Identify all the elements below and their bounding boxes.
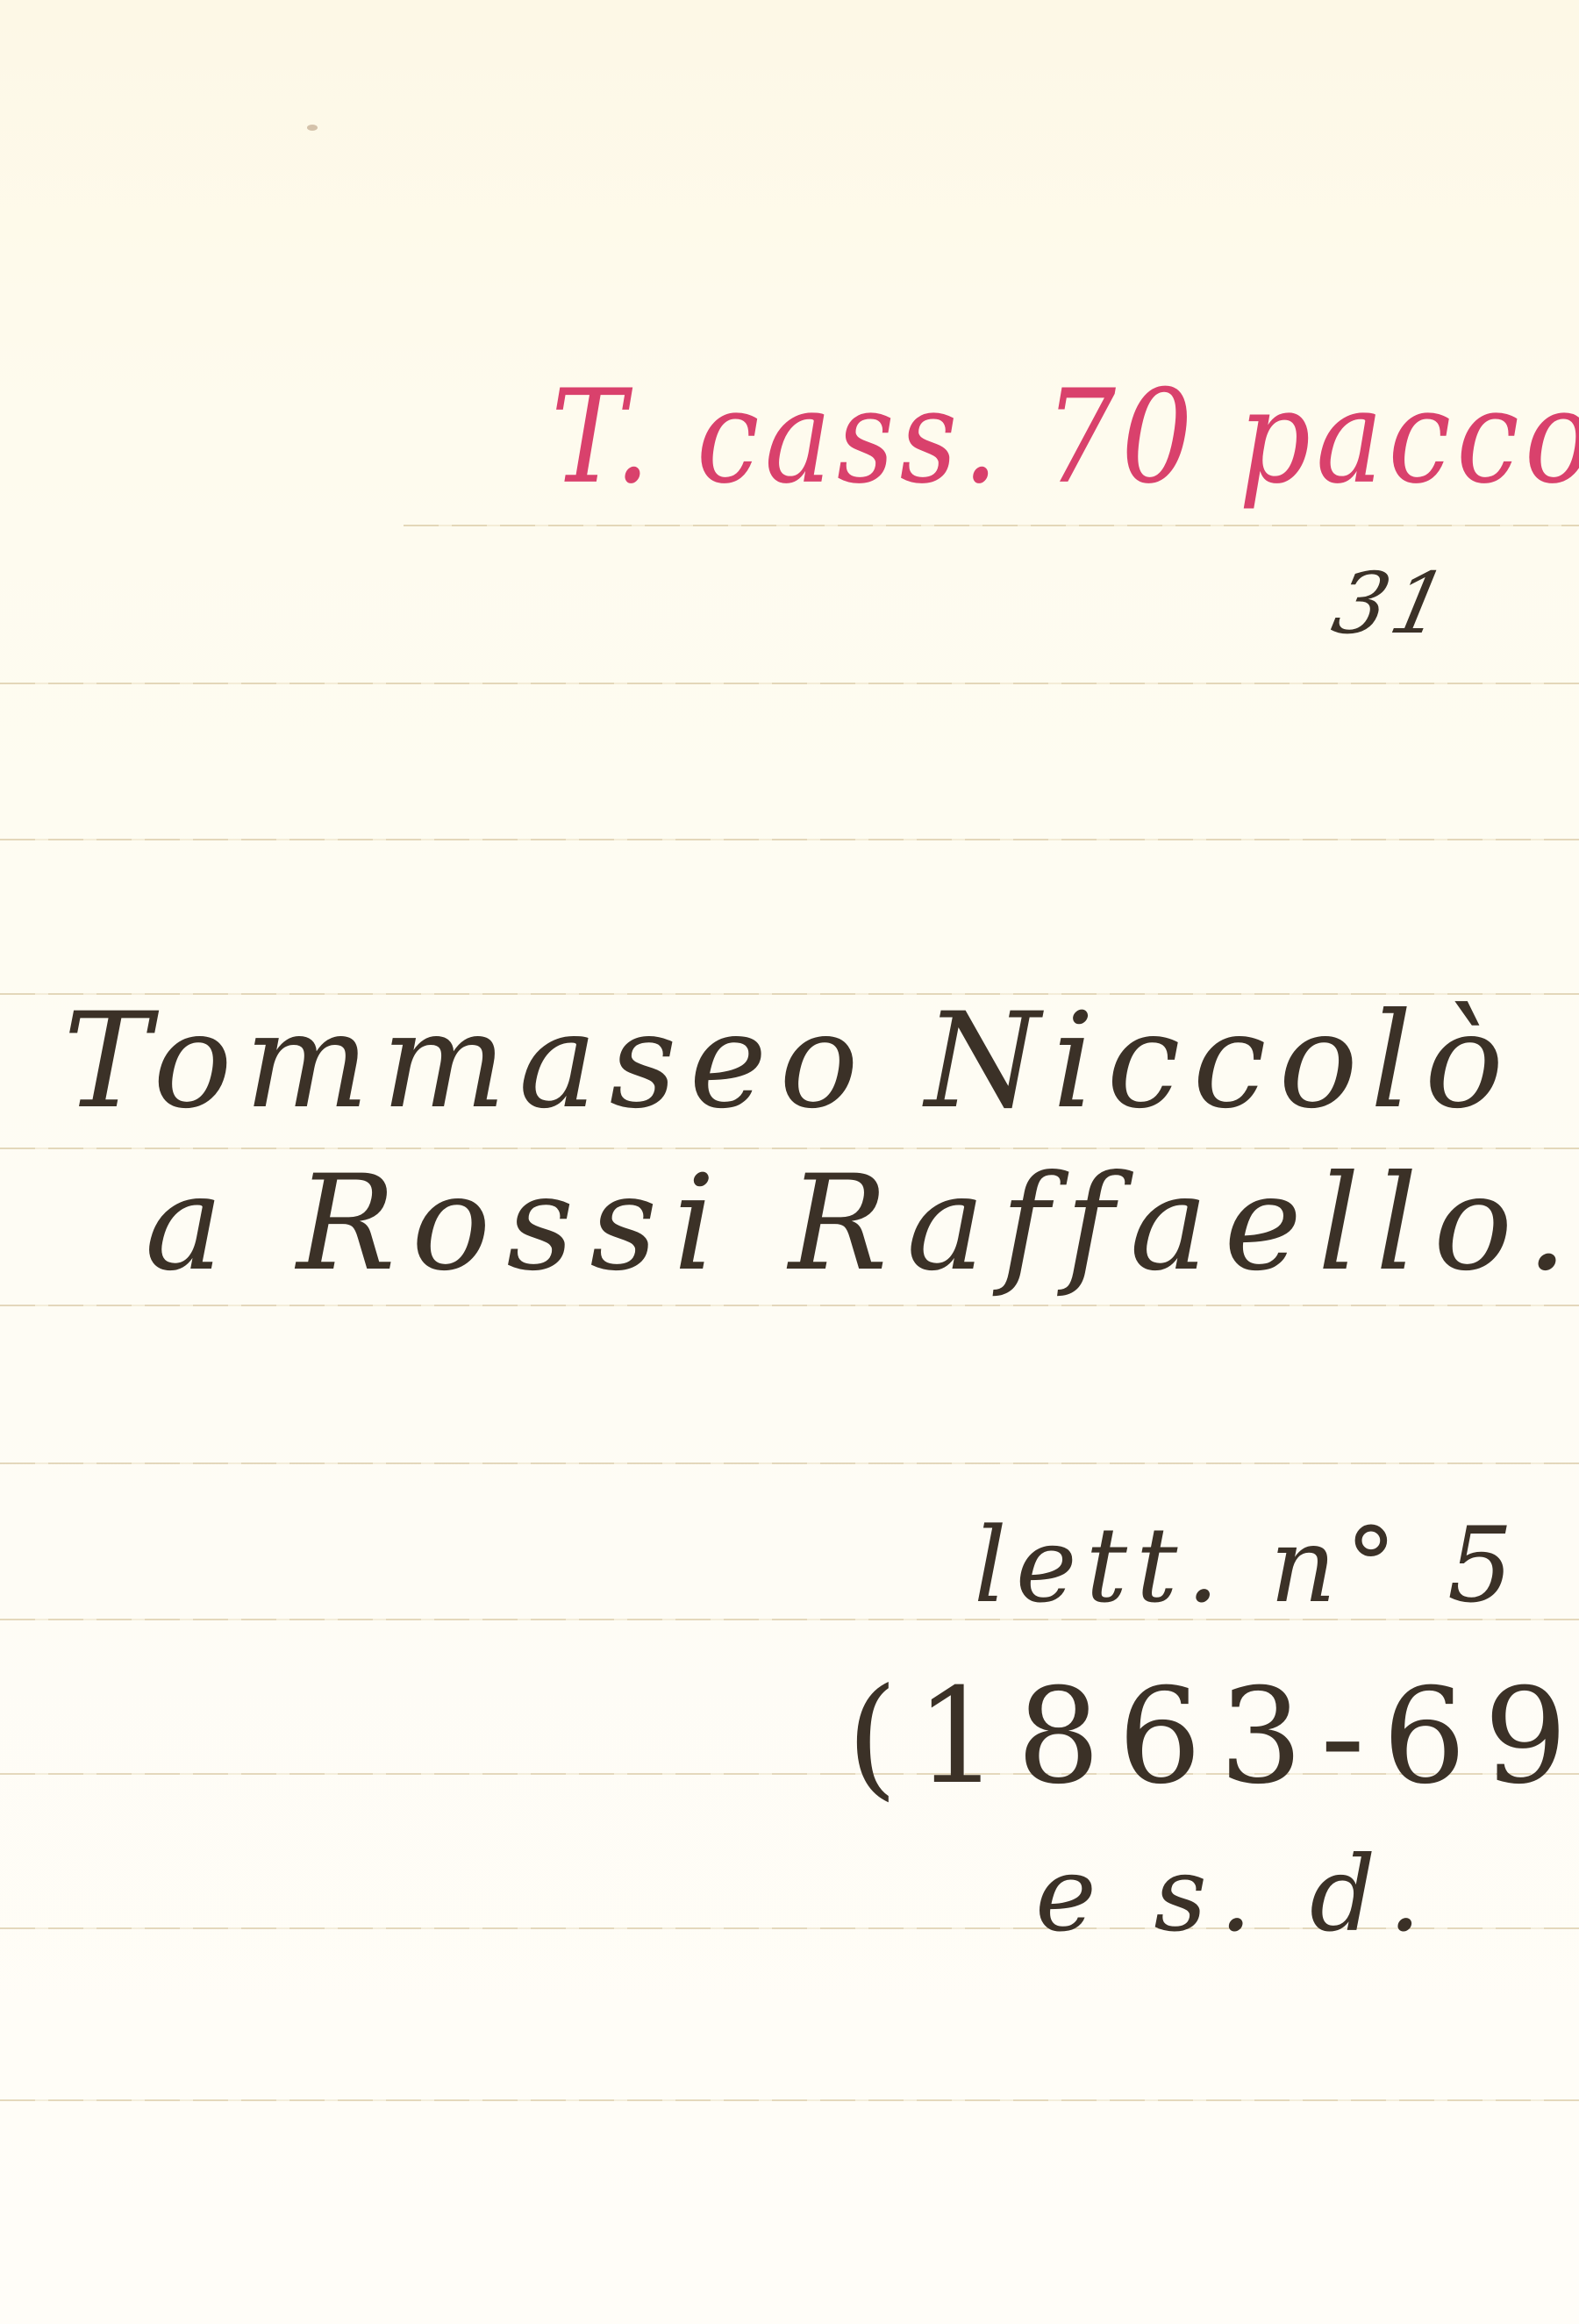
collection-reference: T. cass. 70 pacco 125. — [551, 374, 1579, 503]
letters-count: lett. n° 5 — [974, 1513, 1522, 1617]
date-range: (1863-69) — [847, 1671, 1579, 1803]
paper-speck — [307, 125, 318, 131]
sheet-number: 31 — [1326, 561, 1459, 646]
author-name: Tommaseo Niccolò — [63, 996, 1516, 1127]
recipient-name: a Rossi Raffaello. — [145, 1158, 1579, 1290]
ruled-line — [0, 839, 1579, 840]
ruled-line — [0, 2099, 1579, 2101]
ruled-line — [404, 525, 1579, 526]
ruled-line — [0, 683, 1579, 684]
undated-note: e s. d. — [1035, 1842, 1433, 1946]
ruled-line — [0, 1305, 1579, 1306]
catalogue-card: T. cass. 70 pacco 125. 31 Tommaseo Nicco… — [0, 0, 1579, 2324]
ruled-line — [0, 1462, 1579, 1464]
